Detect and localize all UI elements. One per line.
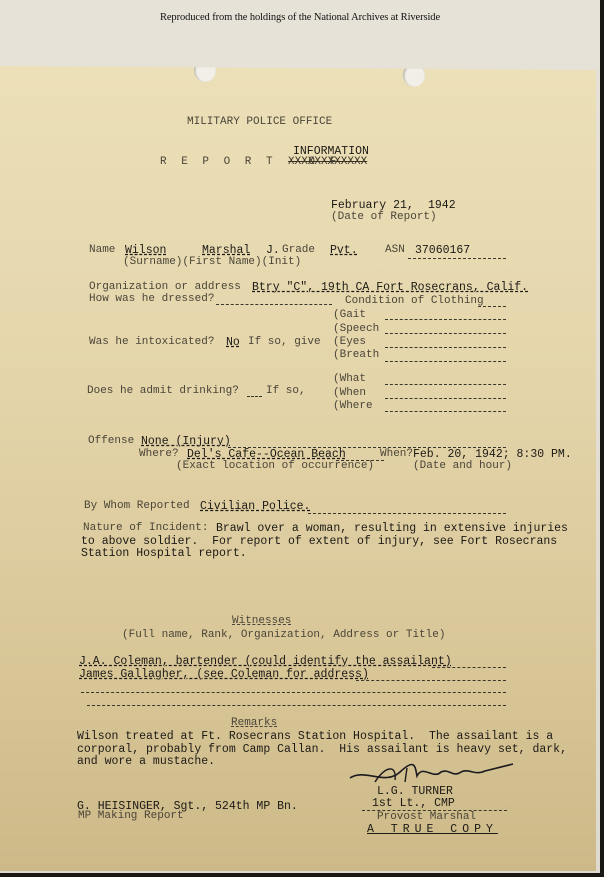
grade-label: Grade bbox=[282, 245, 315, 256]
speech-label: (Speech bbox=[333, 324, 379, 335]
first-name-value: Marshal bbox=[202, 245, 250, 257]
asn-label: ASN bbox=[385, 245, 405, 256]
asn-value: 37060167 bbox=[415, 245, 470, 257]
dressed-label: How was he dressed? bbox=[89, 294, 214, 305]
witness-line-4 bbox=[87, 705, 506, 706]
remarks-line-3: and wore a mustache. bbox=[77, 756, 215, 768]
witness-entry-2: James Gallagher, (see Coleman for addres… bbox=[79, 669, 369, 681]
gait-label: (Gait bbox=[333, 310, 366, 321]
drinking-line bbox=[247, 396, 262, 397]
witness-entry-1: J.A. Coleman, bartender (could identify … bbox=[79, 656, 452, 668]
dressed-line bbox=[216, 304, 332, 305]
drinking-label: Does he admit drinking? bbox=[87, 386, 239, 397]
intoxicated-value: No bbox=[226, 337, 240, 349]
when-line bbox=[385, 398, 506, 399]
provost-title: Provost Marshal bbox=[377, 812, 476, 823]
when-label: (When bbox=[333, 388, 366, 399]
incident-line-2: to above soldier. For report of extent o… bbox=[81, 536, 557, 548]
breath-line bbox=[385, 361, 506, 362]
eyes-label: (Eyes bbox=[333, 337, 366, 348]
asn-underline bbox=[408, 258, 506, 259]
witnesses-heading: Witnesses bbox=[232, 616, 291, 627]
name-label: Name bbox=[89, 245, 115, 256]
remarks-line-2: corporal, probably from Camp Callan. His… bbox=[77, 744, 567, 756]
eyes-line bbox=[385, 347, 506, 348]
offense-value: None (Injury) bbox=[141, 436, 231, 448]
report-year: 1942 bbox=[428, 200, 456, 212]
witness-line-3 bbox=[81, 692, 506, 693]
what-line bbox=[385, 384, 506, 385]
clothing-condition-label: Condition of Clothing bbox=[345, 296, 484, 307]
offense-when-label: When? bbox=[380, 449, 413, 460]
what-label: (What bbox=[333, 374, 366, 385]
where-sublabel: (Exact location of occurrence) bbox=[176, 461, 374, 472]
offense-where-label: Where? bbox=[139, 449, 179, 460]
reporting-mp-label: MP Making Report bbox=[78, 811, 184, 822]
true-copy-stamp: A TRUE COPY bbox=[367, 824, 498, 836]
initial-value: J. bbox=[266, 245, 280, 257]
clothing-condition-line bbox=[478, 306, 506, 307]
witness-line-1 bbox=[432, 667, 506, 668]
drinking-if-so-label: If so, bbox=[266, 386, 306, 397]
provost-rank: 1st Lt., CMP bbox=[372, 798, 455, 810]
office-heading: MILITARY POLICE OFFICE bbox=[187, 117, 332, 128]
offense-when-value: Feb. 20, 1942; 8:30 PM. bbox=[413, 449, 572, 461]
where-line bbox=[385, 411, 506, 412]
remarks-line-1: Wilson treated at Ft. Rosecrans Station … bbox=[77, 731, 553, 743]
gait-line bbox=[385, 319, 506, 320]
incident-line-1: Brawl over a woman, resulting in extensi… bbox=[216, 523, 568, 535]
report-date: February 21, bbox=[331, 200, 414, 212]
surname-value: Wilson bbox=[125, 245, 166, 257]
witness-line-2 bbox=[356, 680, 506, 681]
when-sublabel: (Date and hour) bbox=[413, 461, 512, 472]
archive-attribution: Reproduced from the holdings of the Nati… bbox=[0, 12, 600, 23]
reported-by-value: Civilian Police. bbox=[200, 501, 310, 513]
if-so-give-label: If so, give bbox=[248, 337, 321, 348]
provost-name: L.G. TURNER bbox=[377, 786, 453, 798]
remarks-heading: Remarks bbox=[231, 718, 277, 729]
report-type-struck: XXXXXXXXXXXX bbox=[288, 157, 367, 168]
witnesses-sublabel: (Full name, Rank, Organization, Address … bbox=[122, 630, 445, 641]
name-sublabels: (Surname)(First Name)(Init) bbox=[123, 257, 301, 268]
offense-label: Offense bbox=[88, 436, 134, 447]
offense-where-value: Del's Cafe--Ocean Beach bbox=[187, 449, 346, 461]
incident-line-3: Station Hospital report. bbox=[81, 548, 247, 560]
breath-label: (Breath bbox=[333, 350, 379, 361]
reported-by-line bbox=[308, 513, 506, 514]
organization-label: Organization or address bbox=[89, 282, 241, 293]
where-label: (Where bbox=[333, 401, 373, 412]
grade-value: Pvt. bbox=[330, 245, 358, 257]
date-label: (Date of Report) bbox=[331, 212, 437, 223]
organization-value: Btry "C", 19th CA Fort Rosecrans, Calif. bbox=[252, 282, 528, 294]
reported-by-label: By Whom Reported bbox=[84, 501, 190, 512]
speech-line bbox=[385, 333, 506, 334]
intoxicated-label: Was he intoxicated? bbox=[89, 337, 214, 348]
incident-label: Nature of Incident: bbox=[83, 523, 208, 534]
